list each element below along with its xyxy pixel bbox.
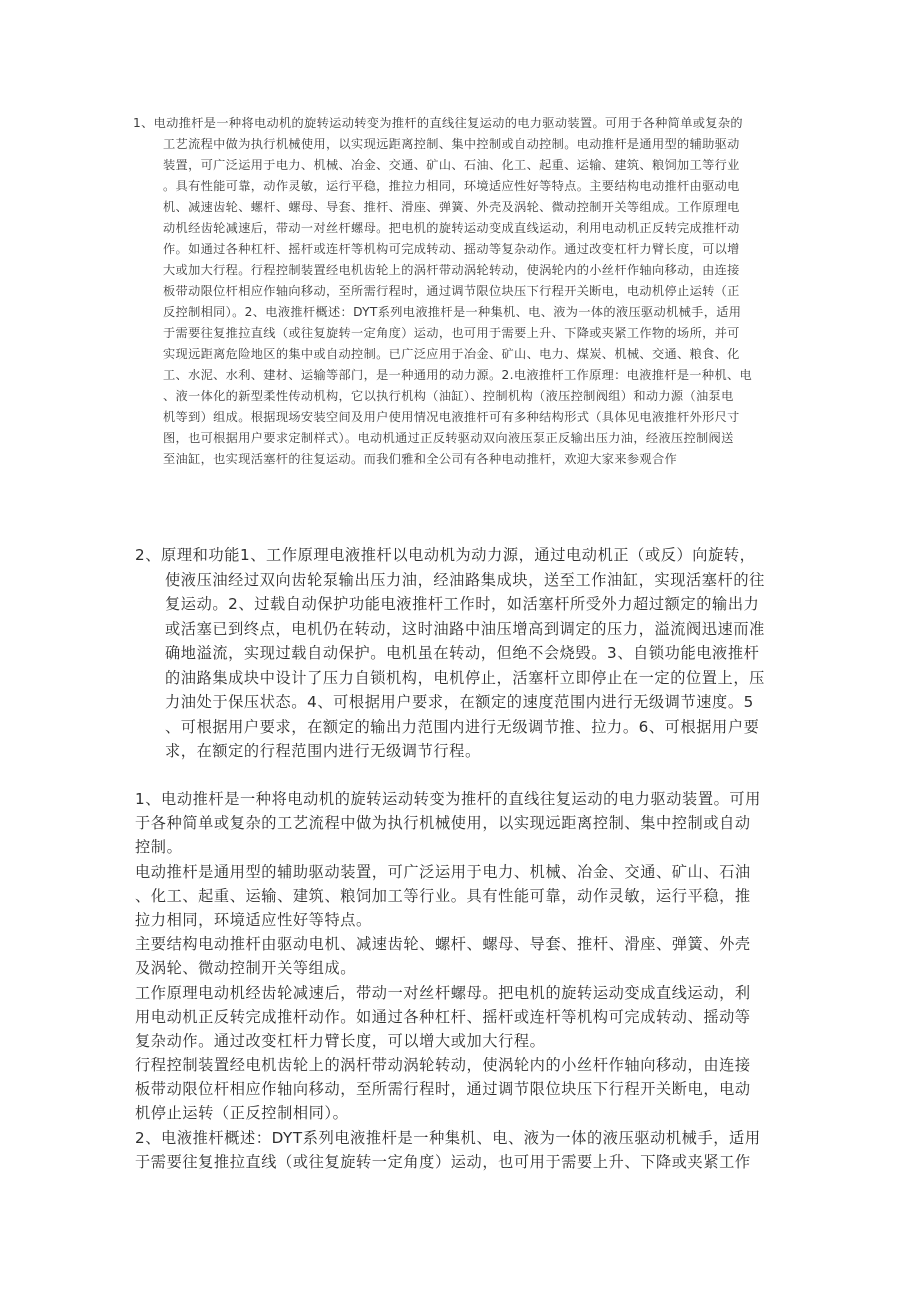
text-line: 2、原理和功能1、工作原理电液推杆以电动机为动力源，通过电动机正（或反）向旋转， [135, 543, 795, 568]
text-line: 电动推杆是通用型的辅助驱动装置，可广泛运用于电力、机械、冶金、交通、矿山、石油 [135, 860, 795, 884]
text-line: 及涡轮、微动控制开关等组成。 [135, 956, 795, 980]
text-line: 至油缸，也实现活塞杆的往复运动。而我们雅和全公司有各种电动推杆，欢迎大家来参观合… [133, 449, 793, 470]
text-line: 机等到）组成。根据现场安装空间及用户使用情况电液推杆可有多种结构形式（具体见电液… [133, 407, 793, 428]
text-line: 、可根据用户要求，在额定的输出力范围内进行无级调节推、拉力。6、可根据用户要 [135, 715, 795, 740]
text-line: 的油路集成块中设计了压力自锁机构，电机停止，活塞杆立即停止在一定的位置上，压 [135, 666, 795, 691]
text-line: 。具有性能可靠，动作灵敏，运行平稳，推拉力相同，环境适应性好等特点。主要结构电动… [133, 176, 793, 197]
text-line: 工、水泥、水利、建材、运输等部门，是一种通用的动力源。2.电液推杆工作原理：电液… [133, 365, 793, 386]
text-line: 拉力相同，环境适应性好等特点。 [135, 908, 795, 932]
text-line: 板带动限位杆相应作轴向移动，至所需行程时，通过调节限位块压下行程开关断电，电动 [135, 1077, 795, 1101]
section-electric-pushrod-details: 1、电动推杆是一种将电动机的旋转运动转变为推杆的直线往复运动的电力驱动装置。可用… [135, 787, 795, 1174]
text-line: 反控制相同）。2、电液推杆概述：DYT系列电液推杆是一种集机、电、液为一体的液压… [133, 302, 793, 323]
text-line: 复杂动作。通过改变杠杆力臂长度，可以增大或加大行程。 [135, 1029, 795, 1053]
text-line: 行程控制装置经电机齿轮上的涡杆带动涡轮转动，使涡轮内的小丝杆作轴向移动，由连接 [135, 1053, 795, 1077]
text-line: 或活塞已到终点，电机仍在转动，这时油路中油压增高到调定的压力，溢流阀迅速而准 [135, 617, 795, 642]
text-line: 于各种简单或复杂的工艺流程中做为执行机械使用，以实现远距离控制、集中控制或自动 [135, 811, 795, 835]
section-principle-and-functions: 2、原理和功能1、工作原理电液推杆以电动机为动力源，通过电动机正（或反）向旋转，… [135, 543, 795, 764]
document-page: 1、电动推杆是一种将电动机的旋转运动转变为推杆的直线往复运动的电力驱动装置。可用… [0, 0, 920, 1302]
text-line: 装置，可广泛运用于电力、机械、冶金、交通、矿山、石油、化工、起重、运输、建筑、粮… [133, 155, 793, 176]
text-line: 于需要往复推拉直线（或往复旋转一定角度）运动，也可用于需要上升、下降或夹紧工作 [135, 1150, 795, 1174]
text-line: 工艺流程中做为执行机械使用，以实现远距离控制、集中控制或自动控制。电动推杆是通用… [133, 134, 793, 155]
text-line: 动机经齿轮减速后，带动一对丝杆螺母。把电机的旋转运动变成直线运动，利用电动机正反… [133, 218, 793, 239]
text-line: 求，在额定的行程范围内进行无级调节行程。 [135, 739, 795, 764]
section-electric-pushrod-summary: 1、电动推杆是一种将电动机的旋转运动转变为推杆的直线往复运动的电力驱动装置。可用… [133, 113, 793, 470]
text-line: 用电动机正反转完成推杆动作。如通过各种杠杆、摇杆或连杆等机构可完成转动、摇动等 [135, 1005, 795, 1029]
text-line: 板带动限位杆相应作轴向移动，至所需行程时，通过调节限位块压下行程开关断电，电动机… [133, 281, 793, 302]
text-line: 使液压油经过双向齿轮泵输出压力油，经油路集成块，送至工作油缸，实现活塞杆的往 [135, 568, 795, 593]
text-line: 实现远距离危险地区的集中或自动控制。已广泛应用于冶金、矿山、电力、煤炭、机械、交… [133, 344, 793, 365]
text-line: 1、电动推杆是一种将电动机的旋转运动转变为推杆的直线往复运动的电力驱动装置。可用… [133, 113, 793, 134]
text-line: 机停止运转（正反控制相同）。 [135, 1101, 795, 1125]
text-line: 2、电液推杆概述：DYT系列电液推杆是一种集机、电、液为一体的液压驱动机械手，适… [135, 1126, 795, 1150]
text-line: 作。如通过各种杠杆、摇杆或连杆等机构可完成转动、摇动等复杂动作。通过改变杠杆力臂… [133, 239, 793, 260]
text-line: 机、减速齿轮、螺杆、螺母、导套、推杆、滑座、弹簧、外壳及涡轮、微动控制开关等组成… [133, 197, 793, 218]
text-line: 图，也可根据用户要求定制样式）。电动机通过正反转驱动双向液压泵正反输出压力油，经… [133, 428, 793, 449]
text-line: 主要结构电动推杆由驱动电机、减速齿轮、螺杆、螺母、导套、推杆、滑座、弹簧、外壳 [135, 932, 795, 956]
text-line: 于需要往复推拉直线（或往复旋转一定角度）运动，也可用于需要上升、下降或夹紧工作物… [133, 323, 793, 344]
text-line: 1、电动推杆是一种将电动机的旋转运动转变为推杆的直线往复运动的电力驱动装置。可用 [135, 787, 795, 811]
text-line: 大或加大行程。行程控制装置经电机齿轮上的涡杆带动涡轮转动，使涡轮内的小丝杆作轴向… [133, 260, 793, 281]
text-line: 确地溢流，实现过载自动保护。电机虽在转动，但绝不会烧毁。3、自锁功能电液推杆 [135, 641, 795, 666]
text-line: 工作原理电动机经齿轮减速后，带动一对丝杆螺母。把电机的旋转运动变成直线运动，利 [135, 981, 795, 1005]
text-line: 、化工、起重、运输、建筑、粮饲加工等行业。具有性能可靠，动作灵敏，运行平稳，推 [135, 884, 795, 908]
text-line: 复运动。2、过载自动保护功能电液推杆工作时，如活塞杆所受外力超过额定的输出力 [135, 592, 795, 617]
text-line: 、液一体化的新型柔性传动机构，它以执行机构（油缸）、控制机构（液压控制阀组）和动… [133, 386, 793, 407]
text-line: 力油处于保压状态。4、可根据用户要求，在额定的速度范围内进行无级调节速度。5 [135, 690, 795, 715]
text-line: 控制。 [135, 835, 795, 859]
